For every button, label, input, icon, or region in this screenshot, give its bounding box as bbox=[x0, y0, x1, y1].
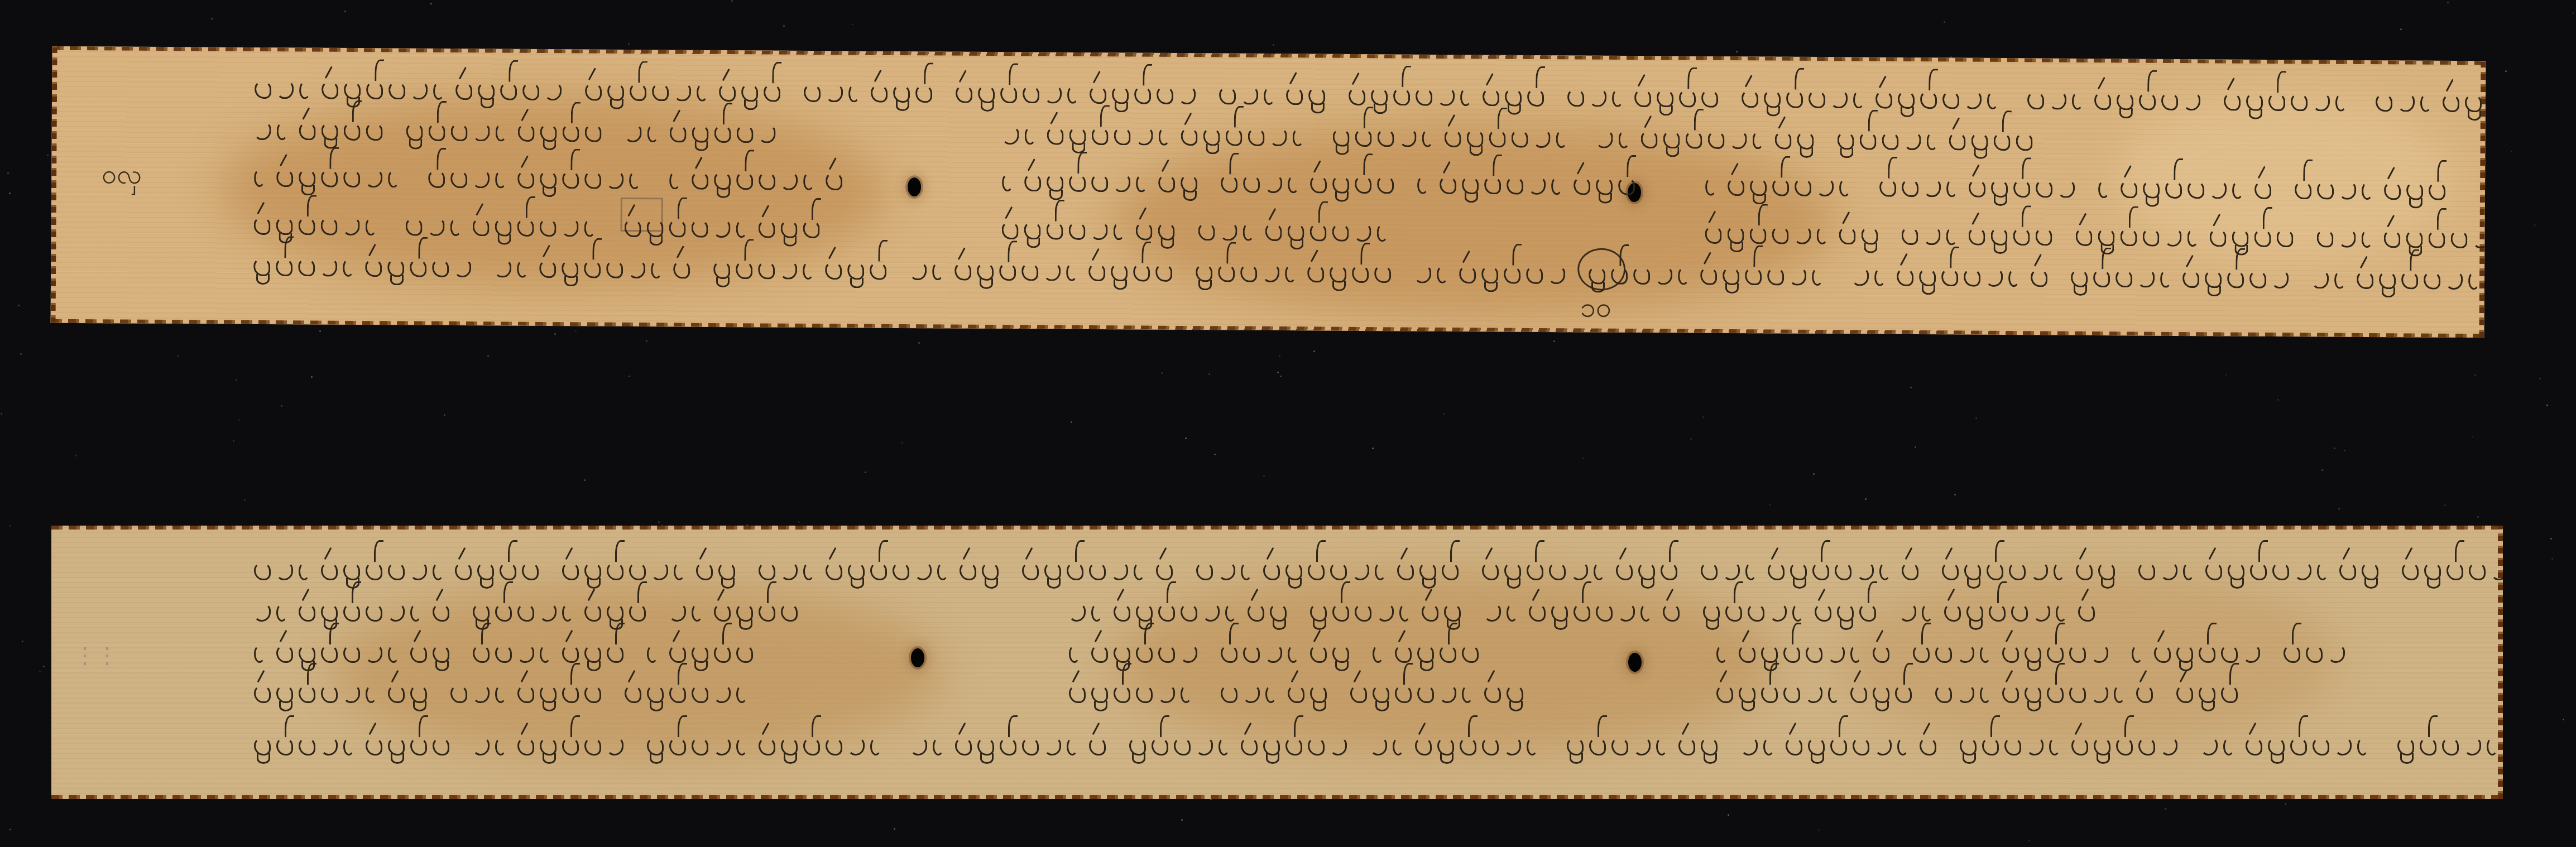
handwritten-glyph bbox=[1550, 600, 1568, 622]
handwritten-glyph bbox=[627, 600, 646, 622]
velvet-speck bbox=[628, 43, 630, 45]
handwritten-glyph bbox=[1261, 261, 1280, 282]
handwritten-glyph bbox=[561, 121, 580, 142]
handwritten-glyph bbox=[582, 257, 601, 278]
handwritten-glyph bbox=[364, 600, 383, 622]
handwritten-glyph bbox=[846, 258, 865, 280]
velvet-speck bbox=[444, 414, 445, 416]
handwritten-glyph bbox=[1527, 600, 1546, 622]
handwritten-glyph bbox=[1858, 600, 1877, 622]
handwritten-glyph bbox=[1134, 171, 1153, 192]
handwritten-glyph bbox=[1942, 600, 1961, 622]
handwritten-glyph bbox=[668, 168, 687, 189]
handwritten-glyph bbox=[1043, 83, 1062, 104]
handwritten-glyph bbox=[1726, 175, 1745, 196]
handwritten-glyph bbox=[712, 734, 731, 755]
handwritten-glyph bbox=[253, 119, 272, 140]
handwritten-glyph bbox=[298, 78, 316, 99]
handwritten-glyph bbox=[2382, 179, 2401, 200]
handwritten-glyph bbox=[2315, 559, 2334, 580]
handwritten-glyph bbox=[538, 734, 557, 755]
handwritten-glyph bbox=[1813, 600, 1832, 622]
handwritten-glyph bbox=[1353, 172, 1372, 194]
handwritten-glyph bbox=[1944, 224, 1963, 245]
handwritten-glyph bbox=[560, 734, 579, 755]
handwritten-glyph bbox=[1616, 127, 1635, 148]
handwritten-glyph bbox=[1963, 559, 1982, 580]
handwritten-glyph bbox=[1418, 559, 1437, 580]
handwritten-glyph bbox=[409, 734, 428, 755]
handwritten-glyph bbox=[342, 119, 361, 141]
handwritten-glyph bbox=[646, 121, 665, 142]
handwritten-glyph bbox=[1000, 218, 1019, 239]
handwritten-glyph bbox=[1264, 172, 1283, 193]
handwritten-glyph bbox=[1420, 126, 1439, 147]
handwritten-glyph bbox=[1307, 84, 1326, 105]
handwritten-glyph bbox=[2074, 225, 2093, 246]
handwritten-glyph bbox=[471, 600, 490, 622]
velvet-speck bbox=[1865, 498, 1867, 500]
handwritten-glyph bbox=[1985, 88, 2004, 109]
handwritten-glyph bbox=[2315, 178, 2334, 199]
handwritten-glyph bbox=[2208, 177, 2227, 199]
velvet-speck bbox=[1736, 51, 1738, 52]
handwritten-glyph bbox=[1065, 559, 1084, 580]
handwritten-glyph bbox=[1503, 85, 1522, 107]
handwritten-glyph bbox=[560, 167, 579, 189]
string-hole bbox=[908, 177, 921, 196]
handwritten-glyph bbox=[954, 82, 973, 103]
handwritten-glyph bbox=[2230, 178, 2249, 199]
handwritten-glyph bbox=[1328, 262, 1347, 283]
handwritten-glyph bbox=[690, 600, 709, 622]
velvet-speck bbox=[2474, 374, 2476, 376]
handwritten-glyph bbox=[1654, 734, 1673, 755]
handwritten-glyph bbox=[1958, 734, 1977, 755]
handwritten-glyph bbox=[2197, 682, 2216, 703]
handwritten-glyph bbox=[1661, 600, 1680, 622]
handwritten-glyph bbox=[1021, 82, 1040, 103]
velvet-speck bbox=[233, 440, 234, 442]
handwritten-glyph bbox=[449, 120, 468, 141]
handwritten-glyph bbox=[717, 559, 736, 580]
handwritten-glyph bbox=[735, 642, 754, 663]
handwritten-glyph bbox=[1762, 86, 1781, 108]
handwritten-glyph bbox=[1699, 559, 1718, 580]
handwritten-glyph bbox=[712, 216, 731, 238]
handwritten-glyph bbox=[1480, 734, 1499, 755]
handwritten-glyph bbox=[1849, 682, 1868, 703]
handwritten-glyph bbox=[847, 81, 866, 102]
handwritten-glyph bbox=[1268, 600, 1287, 622]
handwritten-glyph bbox=[319, 166, 338, 187]
handwritten-glyph bbox=[2396, 90, 2415, 112]
handwritten-glyph bbox=[2030, 559, 2049, 580]
handwritten-glyph bbox=[2374, 90, 2393, 112]
handwritten-glyph bbox=[1217, 734, 1236, 755]
handwritten-glyph bbox=[1044, 219, 1063, 240]
handwritten-glyph bbox=[1042, 260, 1061, 281]
velvet-speck bbox=[1214, 454, 1216, 455]
manuscript-line bbox=[252, 550, 2503, 589]
velvet-speck bbox=[2338, 508, 2340, 509]
handwritten-glyph bbox=[1179, 682, 1198, 703]
velvet-speck bbox=[2334, 447, 2335, 449]
handwritten-glyph bbox=[1194, 261, 1213, 282]
velvet-speck bbox=[238, 419, 240, 421]
handwritten-glyph bbox=[628, 80, 647, 101]
handwritten-glyph bbox=[846, 559, 865, 580]
handwritten-glyph bbox=[252, 214, 271, 235]
handwritten-glyph bbox=[1715, 642, 1734, 663]
manuscript-line bbox=[1703, 214, 2486, 258]
handwritten-glyph bbox=[583, 682, 602, 703]
handwritten-glyph bbox=[1791, 600, 1810, 622]
handwritten-glyph bbox=[2248, 559, 2267, 580]
handwritten-glyph bbox=[2471, 227, 2486, 248]
handwritten-glyph bbox=[1261, 559, 1280, 580]
handwritten-glyph bbox=[891, 81, 910, 103]
handwritten-glyph bbox=[2026, 88, 2045, 109]
handwritten-glyph bbox=[1286, 642, 1305, 663]
handwritten-glyph bbox=[1090, 124, 1109, 145]
handwritten-glyph bbox=[757, 122, 776, 143]
handwritten-glyph bbox=[2001, 642, 2019, 663]
handwritten-glyph bbox=[1416, 173, 1435, 194]
handwritten-glyph bbox=[1398, 126, 1417, 147]
handwritten-glyph bbox=[521, 79, 540, 100]
velvet-speck bbox=[2225, 374, 2227, 376]
handwritten-glyph bbox=[387, 78, 406, 99]
handwritten-glyph bbox=[1239, 734, 1258, 755]
handwritten-glyph bbox=[605, 257, 623, 278]
handwritten-glyph bbox=[449, 167, 468, 188]
handwritten-glyph bbox=[2014, 129, 2033, 151]
handwritten-glyph bbox=[668, 682, 687, 703]
handwritten-glyph bbox=[1788, 264, 1807, 286]
handwritten-glyph bbox=[1179, 600, 1198, 622]
handwritten-glyph bbox=[757, 559, 776, 580]
handwritten-glyph bbox=[1917, 265, 1936, 286]
velvet-speck bbox=[1769, 504, 1771, 506]
velvet-speck bbox=[430, 3, 432, 4]
palm-leaf-upper: ဝလှ ၁၀ bbox=[51, 46, 2486, 338]
velvet-speck bbox=[281, 405, 282, 407]
handwritten-glyph bbox=[297, 682, 316, 703]
handwritten-glyph bbox=[1067, 600, 1086, 622]
handwritten-glyph bbox=[1392, 84, 1411, 105]
handwritten-glyph bbox=[1157, 171, 1176, 192]
handwritten-glyph bbox=[1525, 734, 1544, 755]
handwritten-glyph bbox=[1109, 260, 1128, 281]
handwritten-glyph bbox=[2359, 227, 2378, 248]
handwritten-glyph bbox=[1240, 84, 1259, 105]
handwritten-glyph bbox=[1969, 129, 1988, 151]
handwritten-glyph bbox=[650, 559, 669, 580]
handwritten-glyph bbox=[690, 642, 709, 663]
handwritten-glyph bbox=[1505, 174, 1524, 195]
handwritten-glyph bbox=[1246, 600, 1265, 622]
handwritten-glyph bbox=[1609, 263, 1628, 285]
handwritten-glyph bbox=[1328, 734, 1347, 755]
handwritten-glyph bbox=[1737, 682, 1756, 703]
handwritten-glyph bbox=[1833, 559, 1852, 580]
handwritten-glyph bbox=[1525, 559, 1544, 580]
handwritten-glyph bbox=[976, 734, 995, 755]
handwritten-glyph bbox=[673, 80, 692, 101]
handwritten-glyph bbox=[1918, 88, 1937, 109]
handwritten-glyph bbox=[1308, 172, 1327, 193]
velvet-speck bbox=[1208, 373, 1210, 375]
handwritten-glyph bbox=[1413, 262, 1432, 283]
handwritten-glyph bbox=[1572, 600, 1591, 622]
handwritten-glyph bbox=[2203, 267, 2222, 288]
handwritten-glyph bbox=[1375, 126, 1394, 147]
handwritten-glyph bbox=[1750, 128, 1769, 149]
handwritten-glyph bbox=[1262, 84, 1281, 105]
handwritten-glyph bbox=[1157, 124, 1176, 146]
handwritten-glyph bbox=[1241, 220, 1260, 241]
handwritten-glyph bbox=[1871, 642, 1890, 663]
handwritten-glyph bbox=[2311, 90, 2330, 111]
handwritten-glyph bbox=[757, 600, 776, 622]
handwritten-glyph bbox=[431, 600, 450, 622]
handwritten-glyph bbox=[583, 734, 602, 755]
handwritten-glyph bbox=[560, 682, 579, 703]
handwritten-glyph bbox=[342, 682, 361, 703]
handwritten-glyph bbox=[386, 600, 405, 622]
handwritten-glyph bbox=[275, 642, 294, 663]
handwritten-glyph bbox=[498, 79, 517, 100]
handwritten-glyph bbox=[493, 642, 512, 663]
handwritten-glyph bbox=[1588, 85, 1607, 107]
handwritten-glyph bbox=[275, 78, 294, 99]
handwritten-glyph bbox=[2360, 179, 2379, 200]
handwritten-glyph bbox=[779, 734, 798, 755]
handwritten-glyph bbox=[623, 121, 642, 142]
handwritten-glyph bbox=[2115, 89, 2134, 110]
manuscript-line bbox=[252, 673, 771, 712]
handwritten-glyph bbox=[2404, 227, 2423, 248]
handwritten-glyph bbox=[1177, 83, 1196, 104]
handwritten-glyph bbox=[498, 559, 517, 580]
handwritten-glyph bbox=[1155, 83, 1174, 104]
handwritten-glyph bbox=[1592, 559, 1611, 580]
handwritten-glyph bbox=[2226, 559, 2245, 580]
handwritten-glyph bbox=[1677, 734, 1696, 755]
handwritten-glyph bbox=[2012, 176, 2031, 198]
handwritten-glyph bbox=[1956, 642, 1975, 663]
handwritten-glyph bbox=[1150, 734, 1169, 755]
pencil-note: ⋮⋮ bbox=[74, 643, 118, 668]
handwritten-glyph bbox=[275, 559, 294, 580]
handwritten-glyph bbox=[274, 214, 293, 235]
handwritten-glyph bbox=[1436, 734, 1455, 755]
handwritten-glyph bbox=[712, 600, 731, 622]
handwritten-glyph bbox=[823, 258, 842, 280]
handwritten-glyph bbox=[1132, 559, 1151, 580]
handwritten-glyph bbox=[1806, 734, 1825, 755]
handwritten-glyph bbox=[1947, 129, 1966, 150]
handwritten-glyph bbox=[1483, 173, 1502, 194]
handwritten-glyph bbox=[930, 259, 949, 280]
handwritten-glyph bbox=[1414, 85, 1433, 106]
handwritten-glyph bbox=[1202, 124, 1221, 146]
velvet-speck bbox=[1702, 416, 1704, 418]
handwritten-glyph bbox=[1157, 642, 1176, 663]
handwritten-glyph bbox=[538, 682, 557, 703]
handwritten-glyph bbox=[1239, 261, 1258, 282]
handwritten-glyph bbox=[605, 734, 624, 755]
handwritten-glyph bbox=[1956, 682, 1975, 703]
velvet-speck bbox=[2472, 436, 2473, 437]
handwritten-glyph bbox=[1219, 682, 1238, 703]
handwritten-glyph bbox=[1570, 559, 1589, 580]
handwritten-glyph bbox=[1704, 175, 1723, 196]
handwritten-glyph bbox=[1420, 600, 1439, 622]
handwritten-glyph bbox=[2093, 89, 2112, 110]
handwritten-glyph bbox=[448, 215, 467, 236]
manuscript-line bbox=[1000, 114, 2051, 160]
handwritten-glyph bbox=[342, 559, 361, 580]
handwritten-glyph bbox=[958, 559, 977, 580]
handwritten-glyph bbox=[694, 559, 713, 580]
manuscript-line bbox=[252, 633, 771, 672]
handwritten-glyph bbox=[1239, 559, 1258, 580]
handwritten-glyph bbox=[1902, 129, 1921, 150]
handwritten-glyph bbox=[1134, 219, 1153, 240]
handwritten-glyph bbox=[2489, 559, 2503, 580]
handwritten-glyph bbox=[1945, 176, 1964, 197]
velvet-speck bbox=[1279, 355, 1280, 357]
handwritten-glyph bbox=[1632, 263, 1651, 285]
handwritten-glyph bbox=[1179, 171, 1198, 192]
handwritten-glyph bbox=[319, 642, 338, 663]
velvet-speck bbox=[2563, 719, 2564, 720]
handwritten-glyph bbox=[1306, 559, 1325, 580]
handwritten-glyph bbox=[846, 734, 865, 755]
handwritten-glyph bbox=[1655, 86, 1674, 107]
handwritten-glyph bbox=[386, 559, 405, 580]
handwritten-glyph bbox=[1896, 88, 1915, 109]
handwritten-glyph bbox=[1090, 642, 1109, 663]
handwritten-glyph bbox=[734, 258, 753, 279]
handwritten-glyph bbox=[431, 734, 450, 755]
velvet-speck bbox=[1372, 447, 1374, 449]
handwritten-glyph bbox=[538, 600, 557, 622]
handwritten-glyph bbox=[2069, 266, 2088, 287]
handwritten-glyph bbox=[1788, 559, 1807, 580]
handwritten-glyph bbox=[1219, 642, 1238, 663]
manuscript-line bbox=[252, 157, 861, 200]
handwritten-glyph bbox=[1898, 600, 1917, 622]
velvet-speck bbox=[2511, 151, 2512, 152]
handwritten-glyph bbox=[645, 216, 664, 237]
handwritten-glyph bbox=[471, 642, 490, 663]
handwritten-glyph bbox=[645, 734, 664, 755]
handwritten-glyph bbox=[2009, 600, 2028, 622]
handwritten-glyph bbox=[936, 559, 954, 580]
handwritten-glyph bbox=[2253, 178, 2272, 199]
handwritten-glyph bbox=[1703, 223, 1722, 244]
handwritten-glyph bbox=[1737, 642, 1756, 663]
handwritten-glyph bbox=[2007, 559, 2026, 580]
handwritten-glyph bbox=[431, 79, 450, 100]
handwritten-glyph bbox=[2159, 734, 2178, 755]
handwritten-glyph bbox=[2418, 734, 2437, 755]
handwritten-glyph bbox=[1219, 219, 1237, 240]
handwritten-glyph bbox=[1217, 559, 1236, 580]
handwritten-glyph bbox=[953, 734, 972, 755]
handwritten-glyph bbox=[757, 734, 776, 755]
handwritten-glyph bbox=[2054, 600, 2073, 622]
handwritten-glyph bbox=[2422, 268, 2441, 290]
handwritten-glyph bbox=[1554, 127, 1573, 148]
handwritten-glyph bbox=[1925, 129, 1944, 150]
handwritten-glyph bbox=[1715, 682, 1734, 703]
handwritten-glyph bbox=[252, 682, 271, 703]
handwritten-glyph bbox=[430, 256, 449, 277]
handwritten-glyph bbox=[1547, 263, 1566, 284]
velvet-speck bbox=[783, 25, 785, 27]
handwritten-glyph bbox=[1023, 170, 1042, 191]
velvet-speck bbox=[1944, 21, 1945, 23]
handwritten-glyph bbox=[1458, 734, 1477, 755]
handwritten-glyph bbox=[363, 256, 382, 277]
handwritten-glyph bbox=[1001, 123, 1020, 145]
handwritten-glyph bbox=[1654, 263, 1673, 285]
velvet-speck bbox=[39, 671, 41, 672]
handwritten-glyph bbox=[913, 559, 932, 580]
velvet-speck bbox=[646, 340, 647, 342]
handwritten-glyph bbox=[2090, 642, 2109, 663]
handwritten-glyph bbox=[583, 600, 602, 622]
handwritten-glyph bbox=[386, 642, 405, 663]
handwritten-glyph bbox=[1980, 734, 1999, 755]
handwritten-glyph bbox=[2252, 226, 2271, 247]
handwritten-glyph bbox=[1087, 260, 1106, 281]
handwritten-glyph bbox=[1815, 175, 1834, 196]
manuscript-line bbox=[1067, 591, 2113, 631]
handwritten-glyph bbox=[649, 257, 668, 278]
handwritten-glyph bbox=[2427, 179, 2446, 200]
handwritten-glyph bbox=[471, 682, 490, 703]
handwritten-glyph bbox=[1992, 129, 2011, 151]
handwritten-glyph bbox=[2449, 227, 2468, 248]
handwritten-glyph bbox=[386, 682, 405, 703]
handwritten-glyph bbox=[1112, 124, 1131, 145]
handwritten-glyph bbox=[1795, 128, 1814, 150]
handwritten-glyph bbox=[1352, 220, 1371, 242]
handwritten-glyph bbox=[605, 600, 624, 622]
handwritten-glyph bbox=[1661, 127, 1680, 148]
handwritten-glyph bbox=[364, 78, 383, 99]
handwritten-glyph bbox=[627, 257, 646, 278]
handwritten-glyph bbox=[1922, 224, 1941, 245]
handwritten-glyph bbox=[409, 79, 428, 100]
handwritten-glyph bbox=[1291, 125, 1310, 146]
velvet-speck bbox=[2477, 516, 2479, 518]
handwritten-glyph bbox=[2070, 734, 2089, 755]
velvet-speck bbox=[1582, 458, 1584, 459]
handwritten-glyph bbox=[1505, 682, 1524, 703]
velvet-speck bbox=[2444, 504, 2446, 506]
handwritten-glyph bbox=[1740, 86, 1759, 108]
handwritten-glyph bbox=[275, 734, 294, 755]
handwritten-glyph bbox=[493, 215, 512, 237]
handwritten-glyph bbox=[1353, 600, 1372, 622]
manuscript-line bbox=[1000, 209, 1412, 251]
